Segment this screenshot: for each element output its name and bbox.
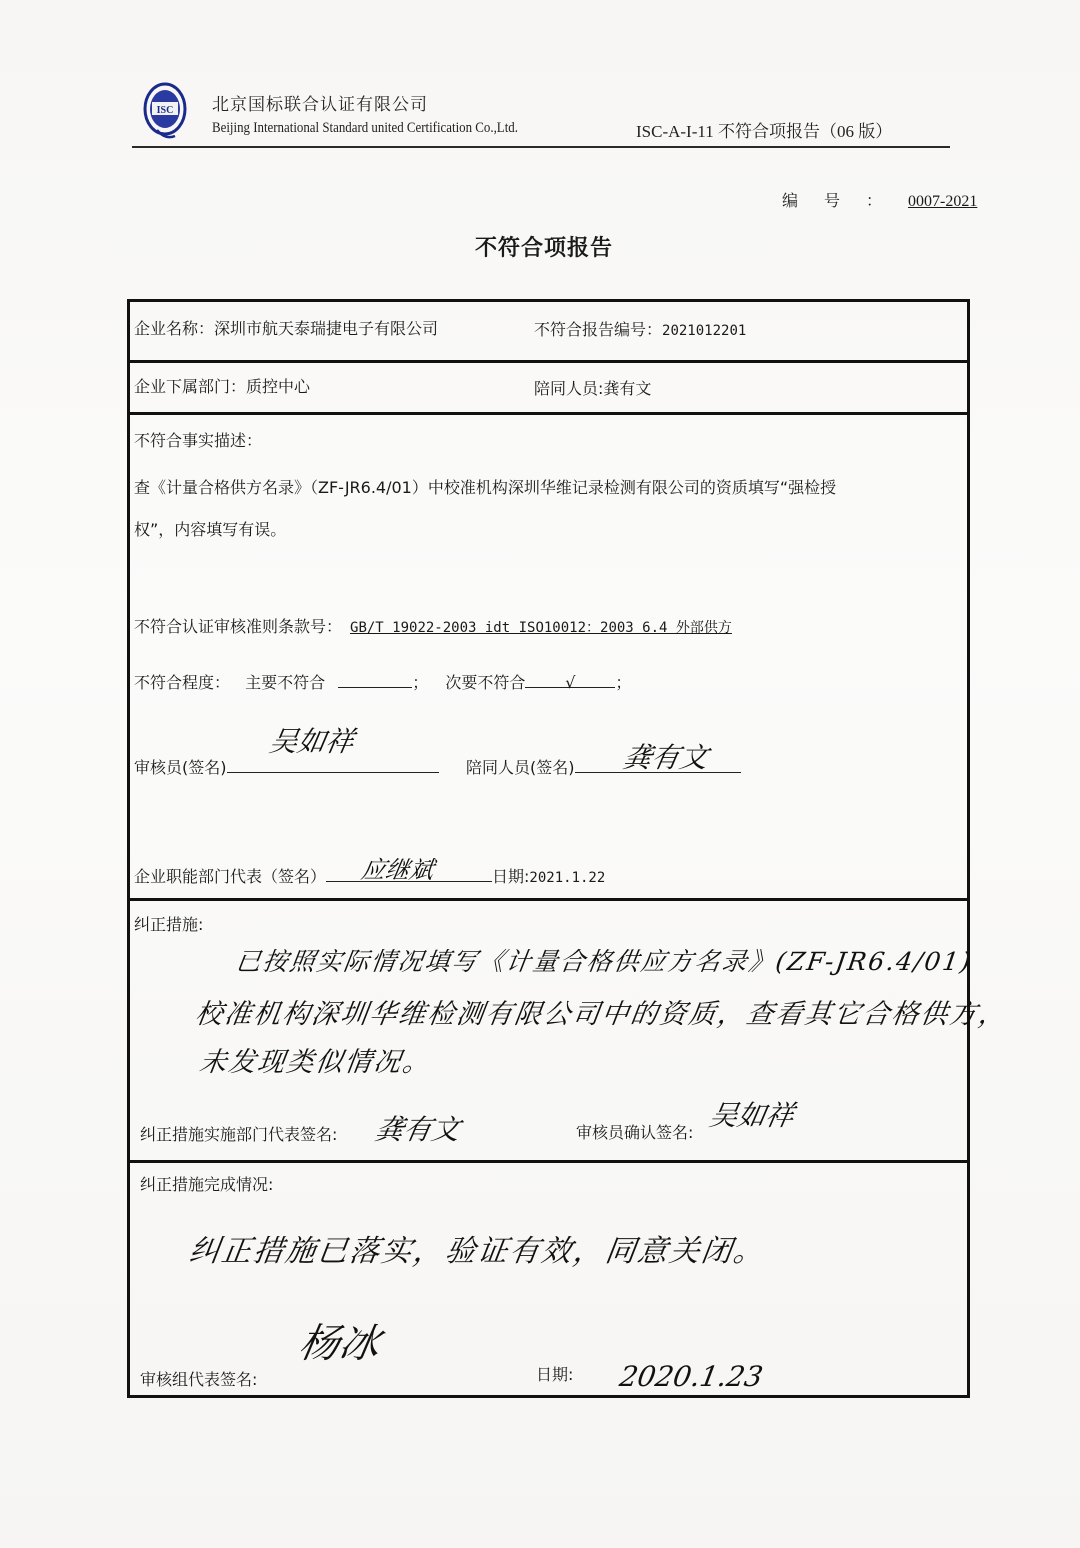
- department-label: 企业下属部门：: [134, 377, 246, 396]
- isc-logo-icon: ISC: [143, 82, 187, 142]
- doc-number: 编号：0007-2021: [782, 188, 977, 211]
- company-label: 企业名称：: [134, 319, 214, 338]
- company-field: 企业名称：深圳市航天泰瑞捷电子有限公司: [134, 316, 438, 339]
- accompany-field: 陪同人员:龚有文: [534, 376, 651, 399]
- accompany-value: 龚有文: [603, 379, 651, 398]
- major-label: 主要不符合: [245, 673, 325, 692]
- corrective-hand-line-1: 已按照实际情况填写《计量合格供应方名录》(ZF-JR6.4/01): [233, 942, 974, 978]
- corrective-hand-line-3: 未发现类似情况。: [197, 1040, 434, 1079]
- rep-date-label: 日期:: [492, 867, 529, 886]
- header-divider: [132, 146, 950, 148]
- row-divider: [130, 1160, 967, 1163]
- description-line-2: 权”，内容填写有误。: [134, 517, 286, 540]
- severity-label: 不符合程度：: [134, 673, 230, 692]
- form-code: ISC-A-I-11 不符合项报告（06 版）: [636, 117, 892, 142]
- report-no-value: 2021012201: [662, 323, 746, 339]
- confirm-sign-label: 审核员确认签名:: [576, 1120, 693, 1143]
- nonconformity-form: 企业名称：深圳市航天泰瑞捷电子有限公司 不符合报告编号：2021012201 企…: [127, 299, 970, 1398]
- impl-sign-label: 纠正措施实施部门代表签名:: [140, 1122, 337, 1145]
- page-title: 不符合项报告: [0, 231, 1080, 262]
- doc-number-value: 0007-2021: [908, 193, 977, 210]
- clause-value: GB/T 19022-2003 idt ISO10012：2003 6.4 外部…: [342, 620, 740, 636]
- minor-checkbox[interactable]: √: [525, 673, 615, 688]
- completion-date-label: 日期:: [536, 1362, 573, 1385]
- row-divider: [130, 412, 967, 415]
- accompany-label: 陪同人员:: [534, 379, 603, 398]
- corrective-label: 纠正措施:: [134, 912, 203, 935]
- rep-date-value: 2021.1.22: [529, 870, 605, 886]
- clause-label: 不符合认证审核准则条款号：: [134, 617, 342, 636]
- department-field: 企业下属部门：质控中心: [134, 374, 310, 397]
- completion-rep-signature: 杨冰: [295, 1312, 385, 1369]
- minor-label: 次要不符合: [445, 673, 525, 692]
- completion-date-value: 2020.1.23: [617, 1360, 765, 1393]
- major-checkbox[interactable]: [338, 673, 412, 688]
- row-divider: [130, 898, 967, 901]
- clause-field: 不符合认证审核准则条款号：GB/T 19022-2003 idt ISO1001…: [134, 614, 740, 637]
- accompany-signature: 龚有文: [620, 736, 711, 776]
- description-line-1: 查《计量合格供方名录》（ZF-JR6.4/01）中校准机构深圳华维记录检测有限公…: [134, 475, 836, 498]
- corrective-hand-line-2: 校准机构深圳华维检测有限公司中的资质，查看其它合格供方，: [193, 992, 1010, 1031]
- completion-hand-text: 纠正措施已落实，验证有效，同意关闭。: [187, 1226, 769, 1270]
- severity-field: 不符合程度： 主要不符合 ； 次要不符合√；: [134, 670, 631, 693]
- description-label: 不符合事实描述：: [134, 428, 262, 451]
- separator: ；: [412, 673, 428, 692]
- company-name-cn: 北京国标联合认证有限公司: [212, 90, 428, 115]
- completion-label: 纠正措施完成情况:: [140, 1172, 273, 1195]
- auditor-sign-label: 审核员(签名): [134, 758, 227, 777]
- department-value: 质控中心: [246, 377, 310, 396]
- doc-number-label: 编号：: [782, 191, 908, 210]
- company-name-en: Beijing International Standard united Ce…: [212, 120, 518, 137]
- report-no-label: 不符合报告编号：: [534, 320, 662, 339]
- row-divider: [130, 360, 967, 363]
- accompany-sign-label: 陪同人员(签名): [466, 758, 575, 777]
- confirm-signature: 吴如祥: [706, 1094, 797, 1134]
- report-no-field: 不符合报告编号：2021012201: [534, 317, 746, 340]
- completion-rep-label: 审核组代表签名:: [140, 1367, 257, 1390]
- auditor-sign-line[interactable]: [227, 758, 439, 773]
- rep-signature: 应继斌: [359, 850, 437, 885]
- rep-sign-label: 企业职能部门代表（签名）: [134, 867, 326, 886]
- svg-text:ISC: ISC: [157, 105, 174, 116]
- auditor-signature: 吴如祥: [266, 720, 357, 760]
- company-value: 深圳市航天泰瑞捷电子有限公司: [214, 319, 438, 338]
- impl-signature: 龚有文: [372, 1108, 463, 1148]
- separator: ；: [615, 673, 631, 692]
- document-page: ISC 北京国标联合认证有限公司 Beijing International S…: [0, 0, 1080, 1548]
